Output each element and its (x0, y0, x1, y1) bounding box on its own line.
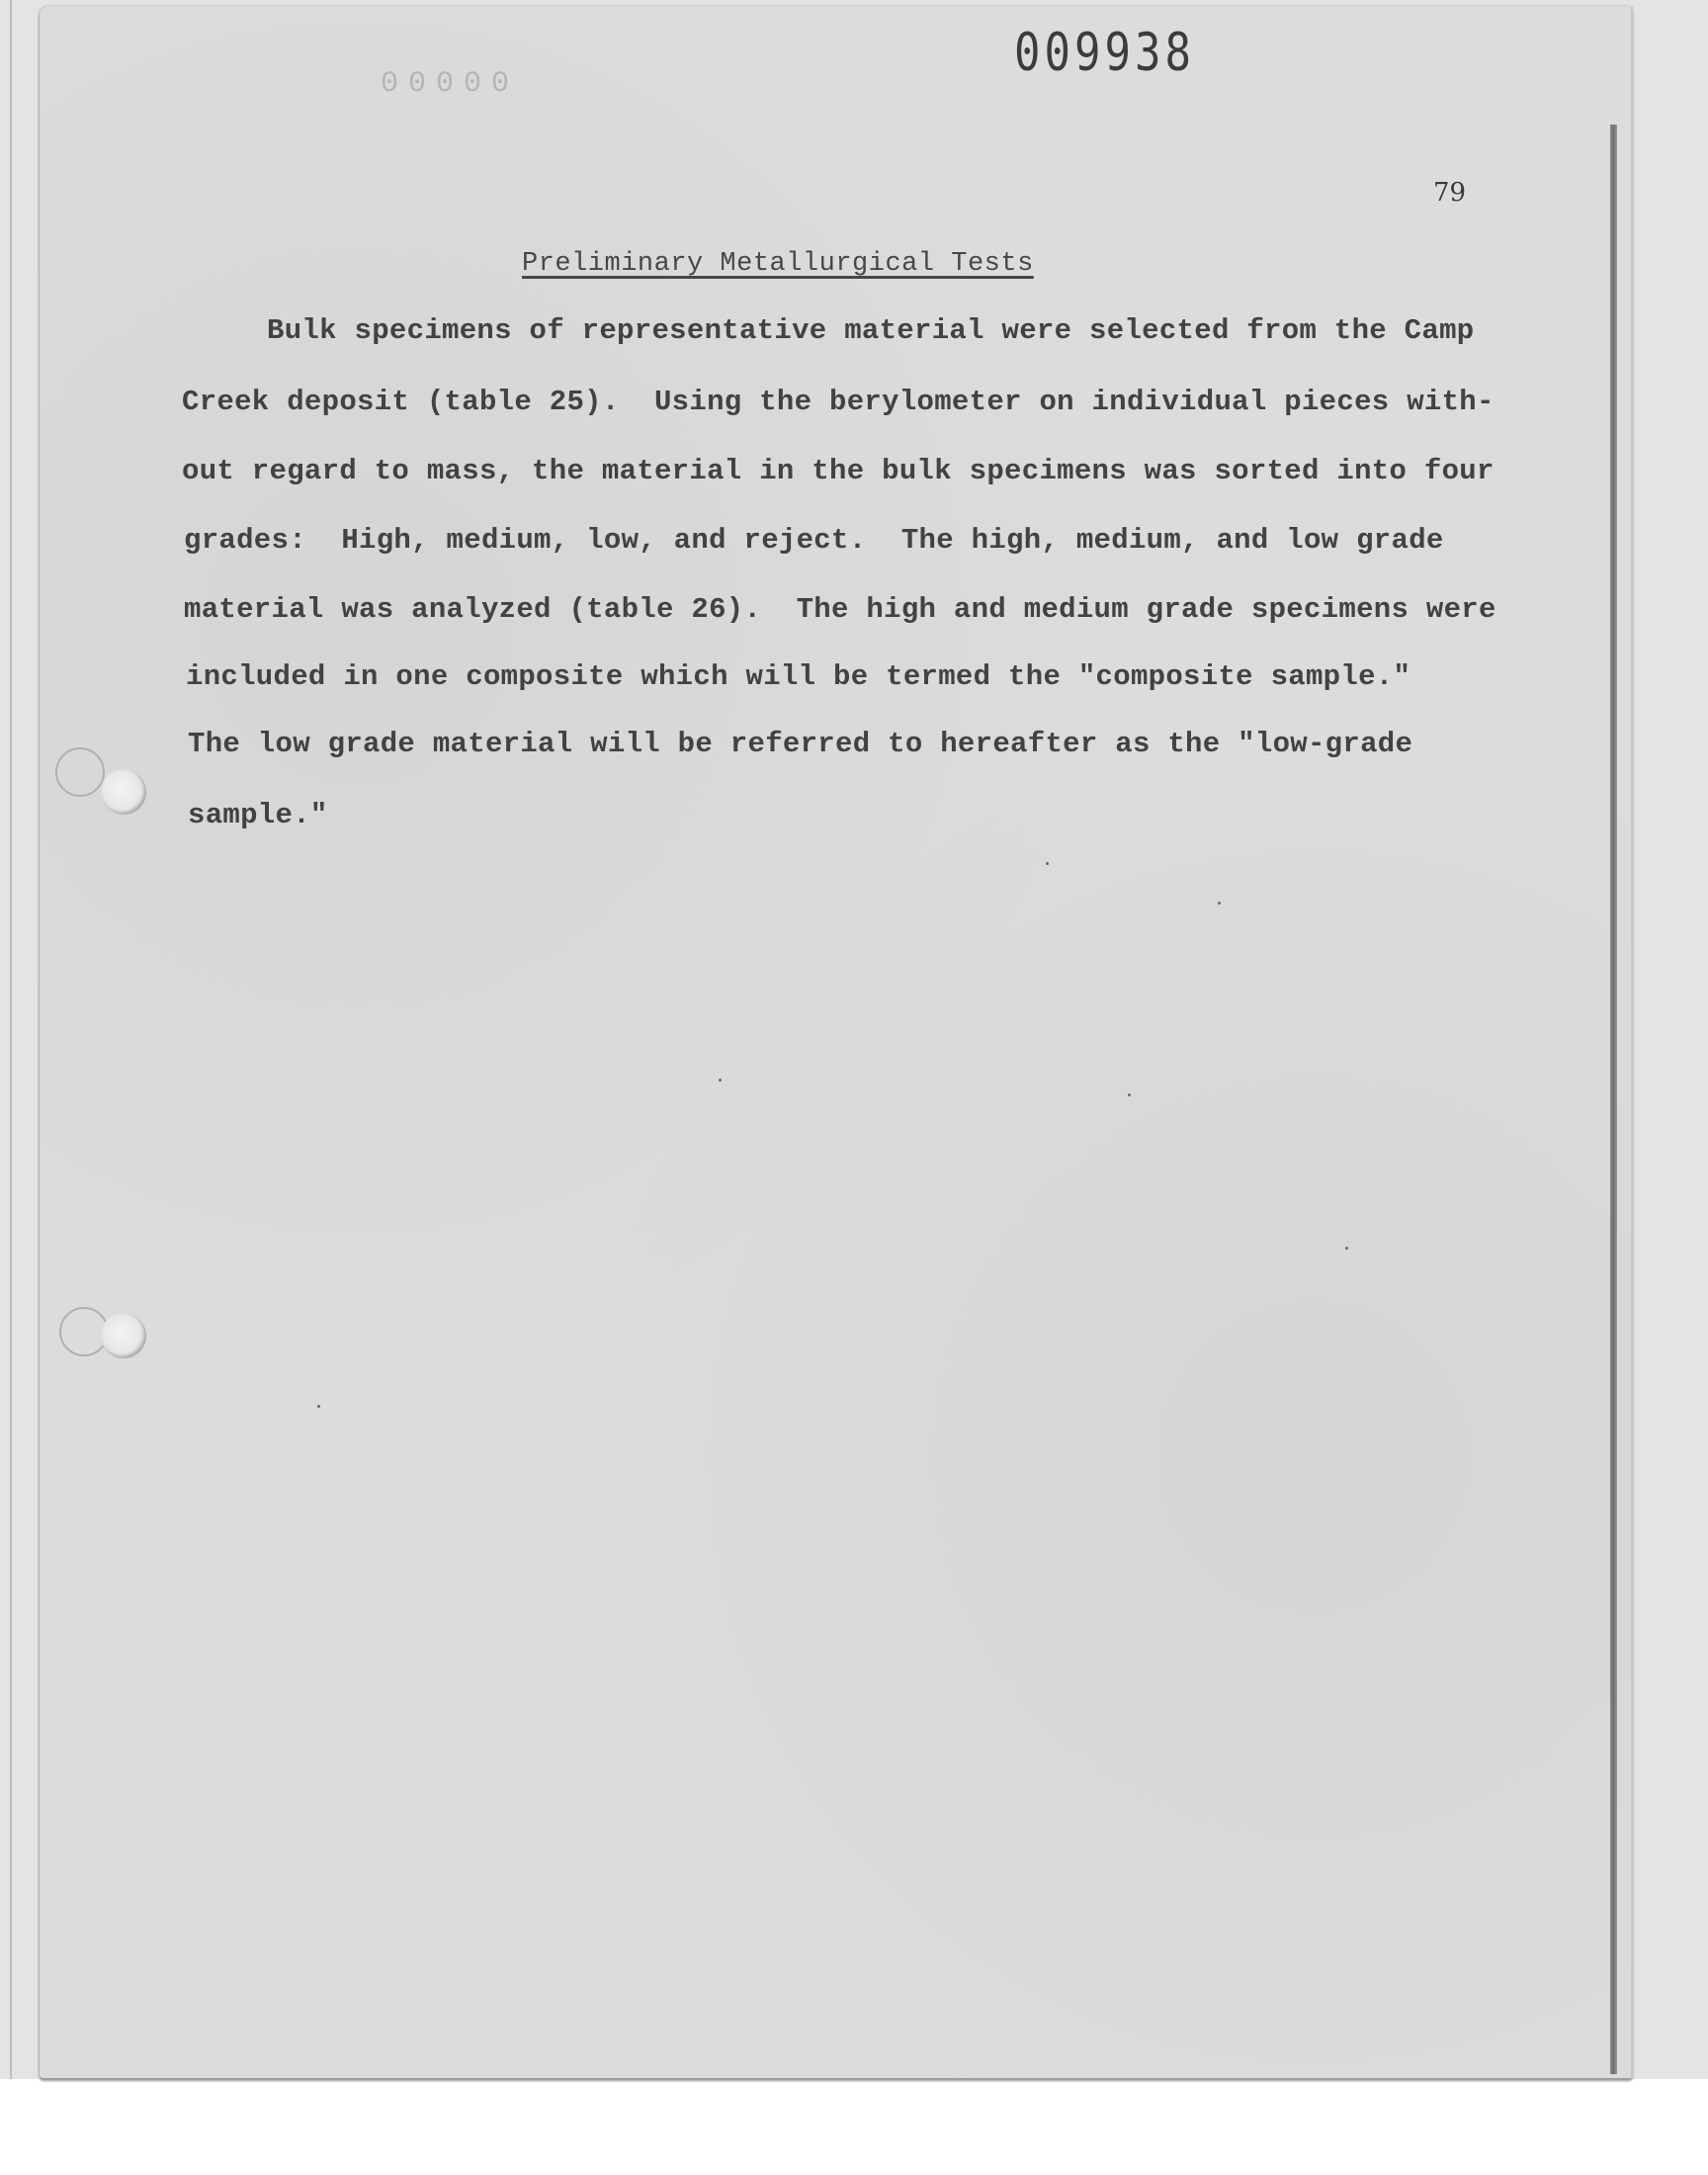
page-number: 79 (1433, 178, 1466, 208)
punch-hole-icon (101, 769, 146, 815)
document-number: 009938 (1014, 23, 1195, 83)
scan-speck (1046, 862, 1049, 865)
paragraph-line: included in one composite which will be … (186, 660, 1410, 693)
punch-hole-icon (101, 1313, 146, 1358)
paragraph-line: material was analyzed (table 26). The hi… (184, 593, 1496, 626)
page-edge-line (1631, 6, 1633, 2078)
paragraph-line: Creek deposit (table 25). Using the bery… (182, 386, 1494, 418)
scan-speck (719, 1079, 722, 1082)
scan-speck (1345, 1247, 1348, 1250)
punch-hole-ghost-icon (55, 747, 105, 797)
paragraph-line: Bulk specimens of representative materia… (267, 314, 1475, 347)
paragraph-line: grades: High, medium, low, and reject. T… (184, 524, 1444, 557)
paragraph-line: sample." (188, 799, 328, 831)
scan-speck (1128, 1093, 1131, 1096)
paragraph-line: out regard to mass, the material in the … (182, 455, 1494, 487)
faint-stamp-number: 00000 (381, 67, 519, 101)
scan-speck (317, 1405, 320, 1408)
scanner-edge-line (10, 0, 12, 2079)
page-edge-shadow (1610, 125, 1617, 2074)
section-title: Preliminary Metallurgical Tests (522, 249, 1034, 279)
paragraph-line: The low grade material will be referred … (188, 728, 1412, 760)
scan-speck (1218, 902, 1221, 905)
